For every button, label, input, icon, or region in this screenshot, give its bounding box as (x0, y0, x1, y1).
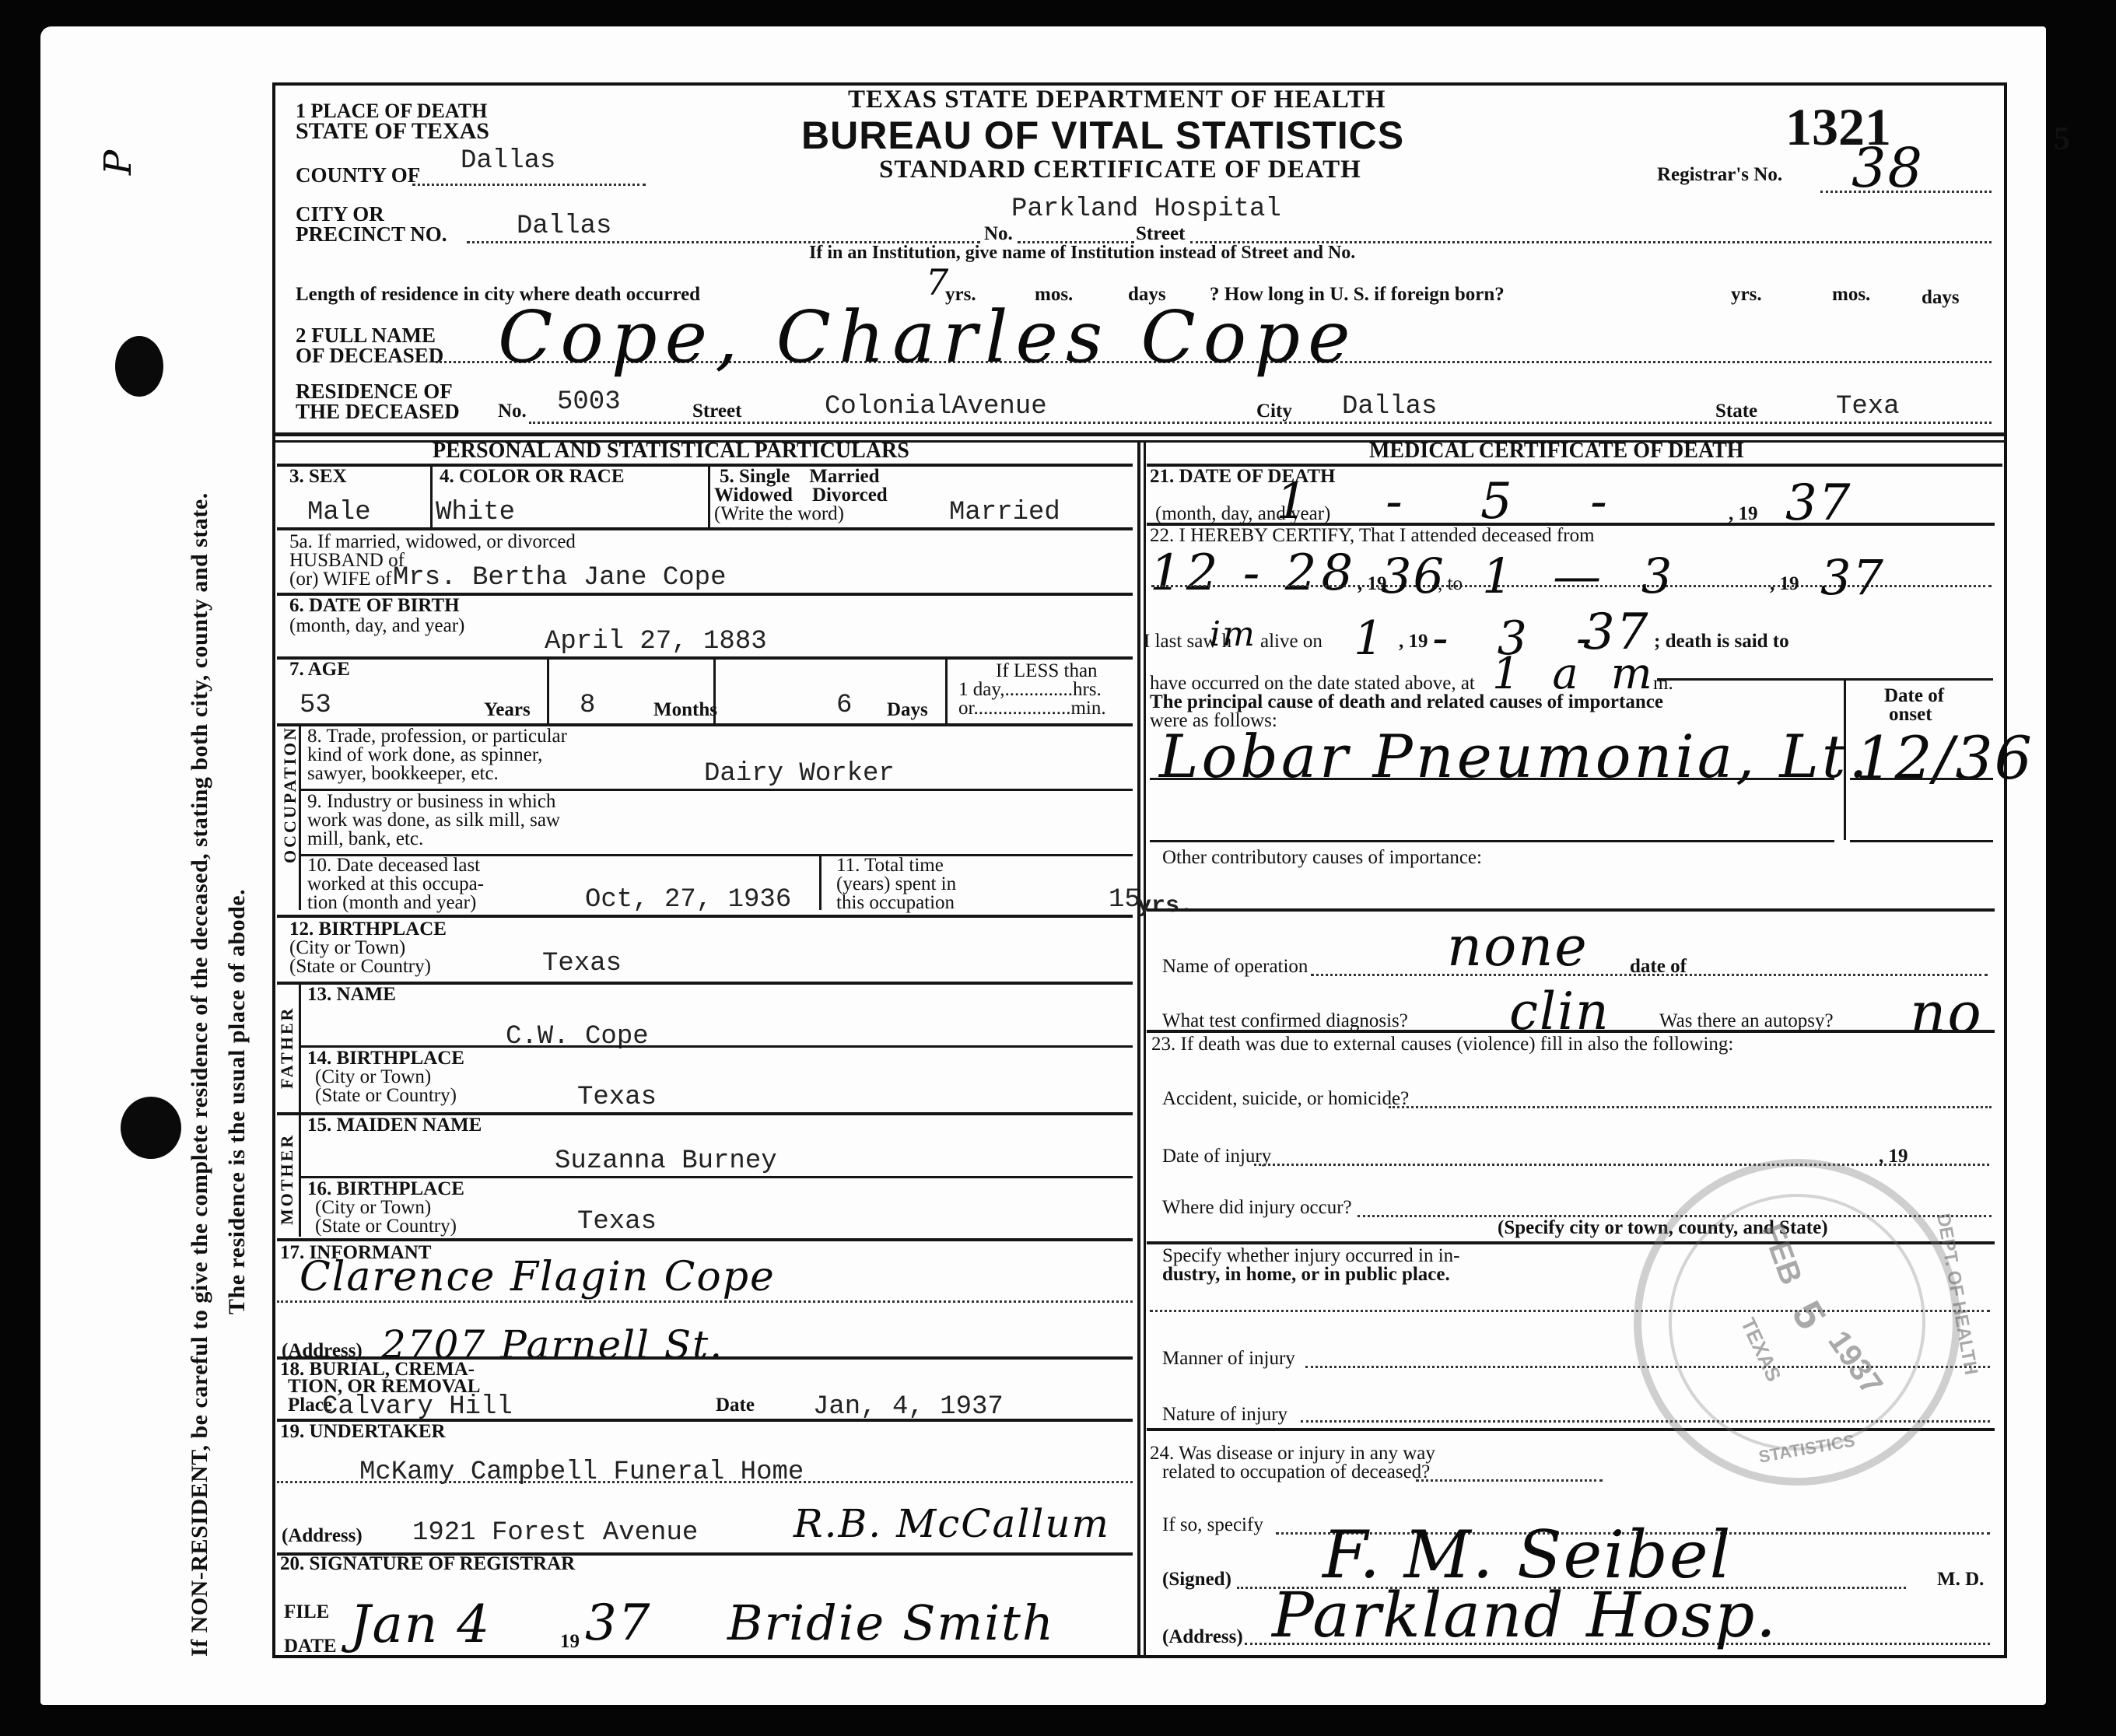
spouse-label-line3: (or) WIFE of (289, 569, 391, 590)
header-bottom-rule (274, 432, 2006, 436)
less-than-line3: or....................min. (958, 698, 1106, 719)
pencil-mark: P (96, 149, 140, 175)
father-side-label: FATHER (277, 1006, 297, 1089)
burial-date-label: Date (716, 1395, 755, 1416)
certify-label: 22. I HEREBY CERTIFY, That I attended de… (1150, 526, 1595, 546)
state-of-texas-label: STATE OF TEXAS (296, 121, 489, 142)
age-label: 7. AGE (289, 660, 350, 680)
accident-label: Accident, suicide, or homicide? (1162, 1089, 1409, 1109)
race-label: 4. COLOR OR RACE (440, 467, 625, 487)
burial-place-value: Calvary Hill (322, 1392, 513, 1422)
margin-instruction-line2: The residence is the usual place of abod… (224, 889, 250, 1314)
age-days-value: 6 (836, 691, 852, 720)
residence-state-label: State (1715, 401, 1757, 422)
institution-note: If in an Institution, give name of Insti… (809, 243, 1355, 263)
residence-street-value: ColonialAvenue (825, 392, 1047, 422)
column-divider (1137, 440, 1140, 1658)
registrar-label: 20. SIGNATURE OF REGISTRAR (280, 1554, 575, 1574)
margin-digit: 5 (2054, 121, 2070, 158)
undertaker-line (277, 1481, 1133, 1483)
mother-divider (299, 1112, 301, 1237)
mother-maiden-value: Suzanna Burney (555, 1146, 777, 1176)
county-label: COUNTY OF (296, 165, 420, 185)
city-label-line2: PRECINCT NO. (296, 224, 447, 244)
father-name-label: 13. NAME (307, 985, 396, 1005)
row-rule-3 (277, 527, 1133, 530)
form-title: STANDARD CERTIFICATE OF DEATH (879, 156, 1361, 184)
industry-label-line3: mill, bank, etc. (307, 829, 423, 849)
full-name-value: Cope, Charles Cope (498, 296, 1358, 379)
informant-line (277, 1300, 1133, 1303)
informant-name: Clarence Flagin Cope (300, 1254, 776, 1300)
mother-birthplace-value: Texas (577, 1207, 657, 1237)
onset-rule (1850, 778, 1993, 780)
total-time-value: 15 (1109, 885, 1140, 915)
punch-hole-top (115, 336, 163, 397)
attended-to-year-prefix: , 19 (1770, 574, 1799, 594)
manner-label: Manner of injury (1162, 1349, 1295, 1369)
street-label: Street (1136, 224, 1185, 244)
file-date-value: Jan 4 (350, 1594, 491, 1654)
onset-header-line2: onset (1889, 705, 1932, 725)
occupation-related-line2: related to occupation of deceased? (1162, 1462, 1430, 1482)
undertaker-signature: R.B. McCallum (793, 1501, 1110, 1546)
death-said-label: ; death is said to (1654, 632, 1789, 652)
signed-label: (Signed) (1162, 1570, 1231, 1590)
punch-hole-bottom (121, 1097, 181, 1159)
age-years-value: 53 (300, 691, 331, 720)
registrar-no-value: 38 (1851, 136, 1924, 200)
burial-date-value: Jan, 4, 1937 (813, 1392, 1004, 1422)
attended-to-year: 37 (1820, 549, 1885, 606)
onset-value: 12/36 (1855, 723, 2034, 793)
date-of-death-value: 1 - 5 - (1276, 473, 1638, 530)
undertaker-label: 19. UNDERTAKER (280, 1422, 446, 1442)
residence-no-label: No. (498, 401, 527, 422)
sex-value: Male (307, 498, 371, 527)
attended-to-value: 1 — 3 (1482, 548, 1684, 604)
dob-value: April 27, 1883 (545, 627, 767, 656)
father-birthplace-label-line3: (State or Country) (315, 1086, 457, 1106)
residence-city-label: City (1256, 401, 1292, 422)
injury-place-label-line2: dustry, in home, or in public place. (1162, 1265, 1450, 1285)
marital-value: Married (949, 498, 1060, 527)
no-label: No. (984, 224, 1013, 244)
birthplace-label-line3: (State or Country) (289, 957, 431, 977)
margin-instruction-line1: If NON-RESIDENT, be careful to give the … (187, 492, 213, 1657)
operation-date-label: date of (1630, 957, 1687, 977)
registrar-no-label: Registrar's No. (1657, 165, 1782, 185)
operation-value: none (1447, 915, 1589, 978)
age-divider-3 (945, 656, 948, 723)
residence-city-value: Dallas (1342, 392, 1437, 422)
occupation-related-line (1416, 1479, 1603, 1482)
external-label: 23. If death was due to external causes … (1151, 1034, 1733, 1055)
residence-state-value: Texa (1836, 392, 1900, 422)
city-label-line1: CITY OR (296, 204, 384, 224)
sex-label: 3. SEX (289, 467, 347, 487)
last-worked-value: Oct, 27, 1936 (585, 885, 791, 915)
county-value: Dallas (461, 146, 555, 176)
full-name-label-line2: OF DECEASED (296, 345, 443, 366)
physician-address-label: (Address) (1162, 1627, 1243, 1647)
undertaker-address: 1921 Forest Avenue (412, 1518, 698, 1548)
personal-section-title: PERSONAL AND STATISTICAL PARTICULARS (433, 439, 909, 464)
occupation-side-label: OCCUPATION (280, 726, 300, 863)
age-months-value: 8 (580, 691, 595, 720)
test-label: What test confirmed diagnosis? (1162, 1011, 1408, 1031)
file-year-prefix: 19 (560, 1632, 580, 1652)
autopsy-value: no (1910, 980, 1983, 1045)
residence-line (529, 422, 1992, 424)
trade-label-line3: sawyer, bookkeeper, etc. (307, 764, 499, 784)
mother-birthplace-label-line3: (State or Country) (315, 1216, 457, 1237)
dob-label-line1: 6. DATE OF BIRTH (289, 596, 460, 616)
file-date-label: DATE (284, 1636, 337, 1657)
total-time-label-line3: this occupation (836, 893, 955, 913)
attended-to-label: , to (1438, 574, 1463, 594)
age-months-label: Months (653, 700, 717, 720)
marital-divider (708, 464, 710, 527)
cause-rule (1150, 778, 1834, 780)
row-rule-6 (277, 656, 1133, 660)
age-divider-2 (713, 656, 716, 723)
sex-divider (430, 464, 433, 527)
county-line (412, 184, 646, 186)
mother-maiden-label: 15. MAIDEN NAME (307, 1115, 482, 1136)
undertaker-address-label: (Address) (282, 1526, 363, 1546)
nature-label: Nature of injury (1162, 1405, 1287, 1425)
column-divider-2 (1144, 440, 1146, 1658)
trade-value: Dairy Worker (704, 759, 895, 789)
injury-year-prefix: , 19 (1879, 1146, 1908, 1167)
operation-label: Name of operation (1162, 957, 1308, 977)
test-rule (1147, 1030, 1995, 1033)
race-value: White (436, 498, 515, 527)
cause-rule-2 (1150, 840, 1834, 842)
total-time-unit: yrs. (1137, 893, 1193, 919)
residence-street-label: Street (692, 401, 741, 422)
full-name-label-line1: 2 FULL NAME (296, 325, 436, 345)
age-days-label: Days (887, 700, 928, 720)
row-rule-12 (277, 982, 1133, 985)
foreign-days-label: days (1922, 288, 1960, 308)
age-divider-1 (547, 656, 549, 723)
accident-line (1389, 1106, 1992, 1108)
foreign-mos-label: mos. (1832, 285, 1870, 305)
file-year-value: 37 (585, 1594, 651, 1652)
attended-from-year: 36 (1381, 548, 1445, 604)
foreign-yrs-label: yrs. (1731, 285, 1762, 305)
city-value: Dallas (517, 212, 611, 241)
onset-top-rule (1657, 678, 1993, 681)
total-time-divider (819, 856, 822, 910)
marital-label-line3: (Write the word) (714, 504, 844, 524)
row-rule-10 (277, 915, 1133, 918)
contributory-label: Other contributory causes of importance: (1162, 848, 1482, 868)
father-divider (299, 982, 301, 1114)
injury-where-label: Where did injury occur? (1162, 1198, 1352, 1218)
date-of-death-year-prefix: , 19 (1729, 504, 1758, 524)
autopsy-label: Was there an autopsy? (1659, 1011, 1834, 1031)
department-title: TEXAS STATE DEPARTMENT OF HEALTH (848, 86, 1386, 114)
registrar-signature: Bridie Smith (727, 1594, 1055, 1651)
if-so-label: If so, specify (1162, 1515, 1263, 1535)
medical-section-title: MEDICAL CERTIFICATE OF DEATH (1369, 439, 1744, 464)
residence-label-line2: THE DECEASED (296, 401, 460, 422)
dob-label-line2: (month, day, and year) (289, 616, 464, 636)
residence-no-value: 5003 (557, 387, 621, 417)
onset-rule-2 (1850, 840, 1993, 842)
physician-address: Parkland Hosp. (1272, 1579, 1778, 1651)
bureau-title: BUREAU OF VITAL STATISTICS (801, 113, 1404, 158)
principal-cause: Lobar Pneumonia, Lt. (1159, 722, 1871, 791)
received-stamp: FEB 5 1937 TEXAS DEPT. OF HEALTH STATIST… (1634, 1159, 1960, 1486)
personal-title-rule (277, 464, 1133, 467)
birthplace-value: Texas (542, 949, 622, 978)
md-label: M. D. (1937, 1570, 1984, 1590)
alive-on-label: alive on (1260, 632, 1322, 652)
contributory-rule (1147, 908, 1995, 912)
father-birthplace-value: Texas (577, 1083, 657, 1112)
spouse-value: Mrs. Bertha Jane Cope (393, 563, 726, 593)
mother-side-label: MOTHER (277, 1133, 297, 1225)
row-rule-16 (277, 1238, 1133, 1241)
residence-label-line1: RESIDENCE OF (296, 381, 453, 401)
file-label: FILE (284, 1602, 329, 1622)
institution-value: Parkland Hospital (1011, 194, 1281, 224)
last-saw-pronoun: im (1210, 614, 1256, 654)
attended-from-value: 12 - 28 (1150, 544, 1358, 602)
last-worked-label-line3: tion (month and year) (307, 893, 476, 913)
last-saw-year-prefix: , 19 (1399, 632, 1428, 652)
age-years-label: Years (484, 700, 531, 720)
